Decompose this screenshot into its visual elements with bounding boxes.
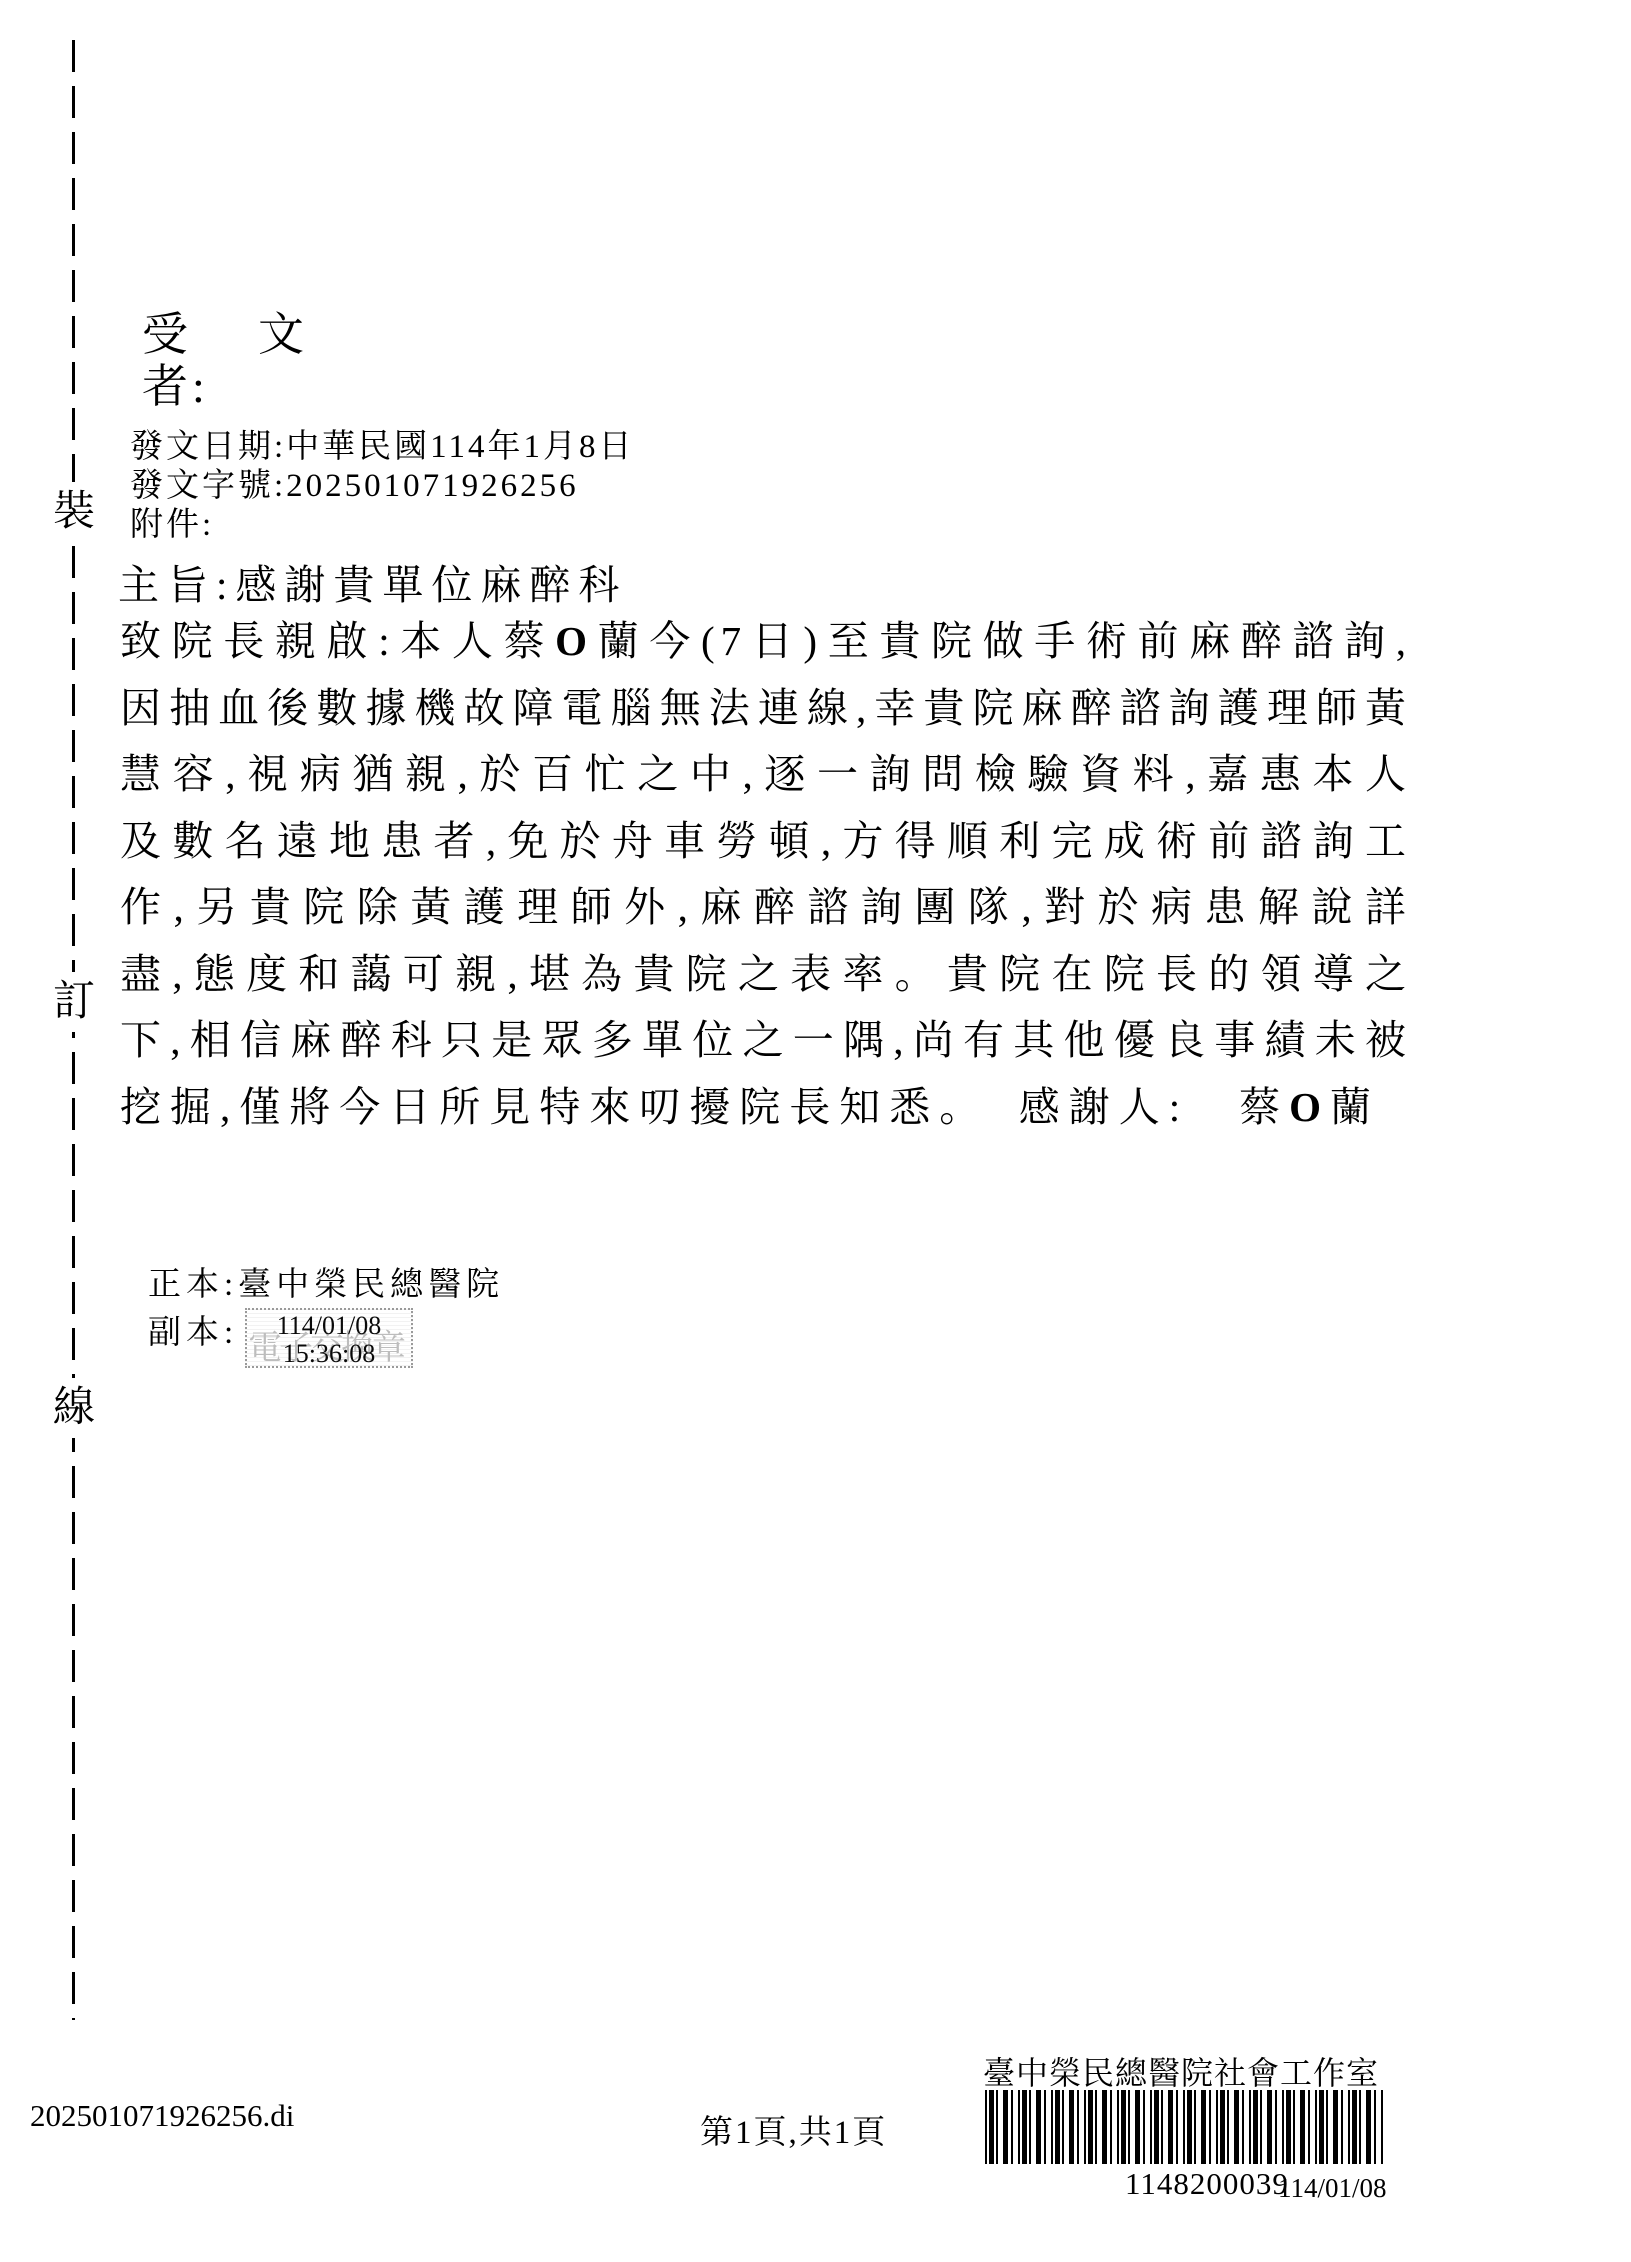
binding-mark-xian: 線: [48, 1378, 100, 1438]
document-meta: 發文日期:中華民國114年1月8日 發文字號:202501071926256 附…: [130, 428, 634, 545]
document-page: 裝 訂 線 受文 者: 發文日期:中華民國114年1月8日 發文字號:20250…: [0, 0, 1631, 2262]
body-line: 下,相信麻醉科只是眾多單位之一隅,尚有其他優良事績未被: [120, 1007, 1412, 1074]
original-copy-line: 正本:臺中榮民總醫院: [148, 1258, 504, 1305]
attachment-line: 附件:: [130, 506, 634, 545]
barcode-number: 1148200039: [1125, 2166, 1289, 2202]
body-line: 作,另貴院除黃護理師外,麻醉諮詢團隊,對於病患解說詳: [120, 874, 1412, 941]
subject-line: 主旨:感謝貴單位麻醉科: [118, 552, 627, 611]
body-line: 挖掘,僅將今日所見特來叨擾院長知悉。 感謝人: 蔡O蘭: [120, 1074, 1412, 1141]
footer-org-name: 臺中榮民總醫院社會工作室: [983, 2048, 1379, 2094]
binding-mark-ding: 訂: [48, 972, 100, 1032]
footer-file-id: 202501071926256.di: [30, 2098, 294, 2134]
body-line: 因抽血後數據機故障電腦無法連線,幸貴院麻醉諮詢護理師黃: [120, 675, 1412, 742]
barcode: [985, 2090, 1385, 2164]
body-paragraph: 致院長親啟:本人蔡O蘭今(7日)至貴院做手術前麻醉諮詢, 因抽血後數據機故障電腦…: [120, 608, 1412, 1140]
electronic-exchange-stamp: 電子交換章 114/01/08 15:36:08: [245, 1308, 413, 1368]
recipient-label-row2: 者:: [142, 350, 209, 416]
body-line: 及數名遠地患者,免於舟車勞頓,方得順利完成術前諮詢工: [120, 808, 1412, 875]
body-line: 致院長親啟:本人蔡O蘭今(7日)至貴院做手術前麻醉諮詢,: [120, 608, 1412, 675]
binding-mark-zhuang: 裝: [48, 482, 100, 542]
carbon-copy-label: 副本:: [148, 1306, 238, 1353]
body-line: 慧容,視病猶親,於百忙之中,逐一詢問檢驗資料,嘉惠本人: [120, 741, 1412, 808]
stamp-date: 114/01/08: [247, 1312, 411, 1340]
page-indicator: 第1頁,共1頁: [700, 2106, 887, 2153]
barcode-date: 114/01/08: [1278, 2173, 1387, 2204]
issue-number-line: 發文字號:202501071926256: [130, 467, 634, 506]
issue-date-line: 發文日期:中華民國114年1月8日: [130, 428, 634, 467]
stamp-time: 15:36:08: [247, 1340, 411, 1368]
body-line: 盡,態度和藹可親,堪為貴院之表率。貴院在院長的領導之: [120, 941, 1412, 1008]
